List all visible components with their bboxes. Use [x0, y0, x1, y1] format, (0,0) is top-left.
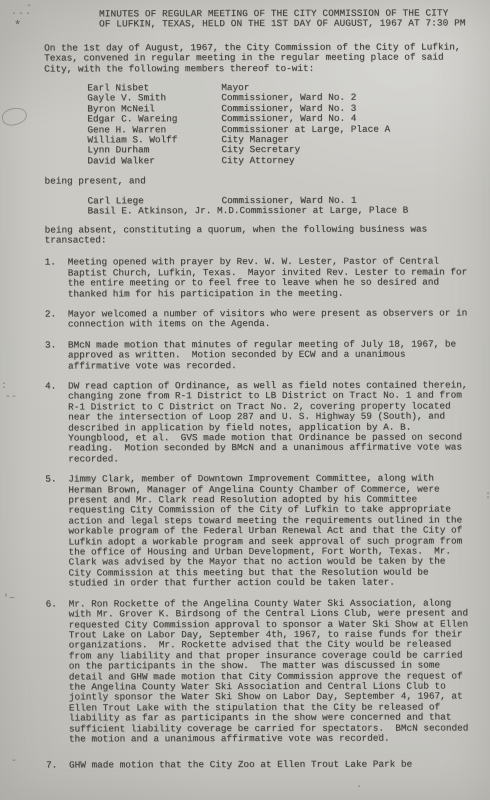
minutes-item: 1. Meeting opened with prayer by Rev. W.…: [45, 257, 470, 300]
absent-member-row: Basil E. Atkinson, Jr. M.D. Commissioner…: [88, 206, 470, 217]
item-text: Mr. Ron Rockette of the Angelina County …: [69, 598, 471, 745]
member-name: Basil E. Atkinson, Jr. M.D.: [88, 206, 240, 217]
minutes-item: 3. BMcN made motion that minutes of regu…: [45, 339, 470, 371]
item-text: GHW made motion that the City Zoo at Ell…: [69, 760, 471, 771]
member-row: David Walker City Attorney: [87, 155, 469, 166]
minutes-item: 4. DW read caption of Ordinance, as well…: [45, 380, 470, 464]
member-title: Commissioner at Large, Place B: [239, 206, 408, 217]
minutes-item: 2. Mayor welcomed a number of visitors w…: [45, 308, 470, 330]
item-number: 4.: [45, 381, 68, 464]
absent-note: being absent, constituting a quorum, whe…: [45, 224, 470, 246]
item-number: 3.: [45, 340, 68, 371]
document-title: MINUTES OF REGULAR MEETING OF THE CITY C…: [99, 8, 469, 30]
minutes-item: 7. GHW made motion that the City Zoo at …: [46, 760, 471, 772]
item-number: 6.: [46, 599, 69, 745]
scan-artifact-dot: ·: [356, 783, 362, 793]
item-text: Mayor welcomed a number of visitors who …: [68, 308, 470, 330]
item-number: 7.: [46, 761, 69, 771]
title-line-2: OF LUFKIN, TEXAS, HELD ON THE 1ST DAY OF…: [99, 19, 469, 30]
item-text: Meeting opened with prayer by Rev. W. W.…: [68, 257, 470, 300]
member-title: City Attorney: [221, 156, 294, 167]
item-text: Jimmy Clark, member of Downtown Improvem…: [68, 474, 470, 590]
member-name: David Walker: [87, 156, 221, 167]
members-present-list: Earl Nisbet Mayor Gayle V. Smith Commiss…: [87, 82, 469, 166]
minutes-item: 5. Jimmy Clark, member of Downtown Impro…: [45, 474, 470, 590]
item-number: 5.: [45, 475, 68, 590]
item-text: DW read caption of Ordinance, as well as…: [68, 380, 470, 464]
item-number: 2.: [45, 309, 68, 330]
document-content: MINUTES OF REGULAR MEETING OF THE CITY C…: [0, 0, 490, 771]
intro-paragraph: On the 1st day of August, 1967, the City…: [44, 42, 469, 74]
present-note: being present, and: [44, 176, 469, 188]
minutes-items: 1. Meeting opened with prayer by Rev. W.…: [45, 257, 471, 772]
item-number: 1.: [45, 258, 68, 300]
minutes-item: 6. Mr. Ron Rockette of the Angelina Coun…: [46, 598, 471, 745]
item-text: BMcN made motion that minutes of regular…: [68, 339, 470, 371]
members-absent-list: Carl Liege Commissioner, Ward No. 1 Basi…: [88, 195, 470, 217]
scanned-minutes-page: - ·-· * : -- '~ · - · : MINUTES OF REGUL…: [0, 0, 490, 800]
